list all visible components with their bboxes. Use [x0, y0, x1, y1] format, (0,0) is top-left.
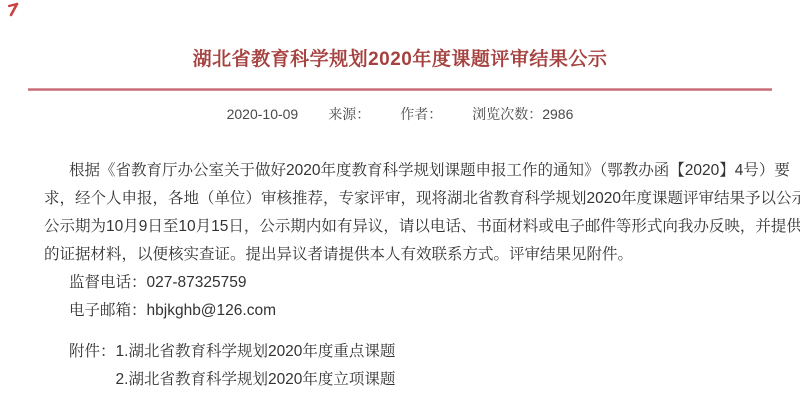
- email-line: 电子邮箱：hbjkghb@126.com: [44, 297, 776, 325]
- attachments-block: 附件： 1.湖北省教育科学规划2020年度重点课题 2.湖北省教育科学规划202…: [44, 338, 776, 394]
- attachments-list: 1.湖北省教育科学规划2020年度重点课题 2.湖北省教育科学规划2020年度立…: [116, 338, 396, 394]
- body-line: 根据《省教育厅办公室关于做好2020年度教育科学规划课题申报工作的通知》（鄂教办…: [44, 157, 776, 185]
- supervision-phone-line: 监督电话：027-87325759: [44, 269, 776, 297]
- attachments-label: 附件：: [69, 338, 116, 394]
- attachment-item: 2.湖北省教育科学规划2020年度立项课题: [116, 366, 396, 394]
- view-count-value: 2986: [542, 106, 573, 122]
- view-count-label: 浏览次数：: [472, 106, 542, 122]
- source-label: 来源：: [328, 104, 370, 124]
- body-line: 公示期为10月9日至10月15日，公示期内如有异议，请以电话、书面材料或电子邮件…: [44, 213, 776, 241]
- publish-date: 2020-10-09: [227, 106, 299, 122]
- corner-mark-icon: [6, 2, 20, 17]
- body-line: 求，经个人申报，各地（单位）审核推荐，专家评审，现将湖北省教育科学规划2020年…: [44, 185, 776, 213]
- attachment-item: 1.湖北省教育科学规划2020年度重点课题: [116, 338, 396, 366]
- notice-body: 根据《省教育厅办公室关于做好2020年度教育科学规划课题申报工作的通知》（鄂教办…: [44, 157, 776, 394]
- supervision-phone-value: 027-87325759: [147, 274, 247, 291]
- notice-page: 湖北省教育科学规划2020年度课题评审结果公示 2020-10-09 来源： 作…: [0, 0, 800, 408]
- page-title: 湖北省教育科学规划2020年度课题评审结果公示: [0, 44, 800, 71]
- author-label: 作者：: [400, 104, 442, 124]
- body-line: 的证据材料，以便核实查证。提出异议者请提供本人有效联系方式。评审结果见附件。: [44, 241, 776, 269]
- meta-bar: 2020-10-09 来源： 作者： 浏览次数：2986: [0, 104, 800, 124]
- supervision-phone-label: 监督电话：: [69, 274, 147, 291]
- title-divider: [28, 88, 772, 91]
- email-label: 电子邮箱：: [69, 302, 147, 319]
- email-value: hbjkghb@126.com: [147, 302, 276, 319]
- view-count: 浏览次数：2986: [472, 104, 573, 124]
